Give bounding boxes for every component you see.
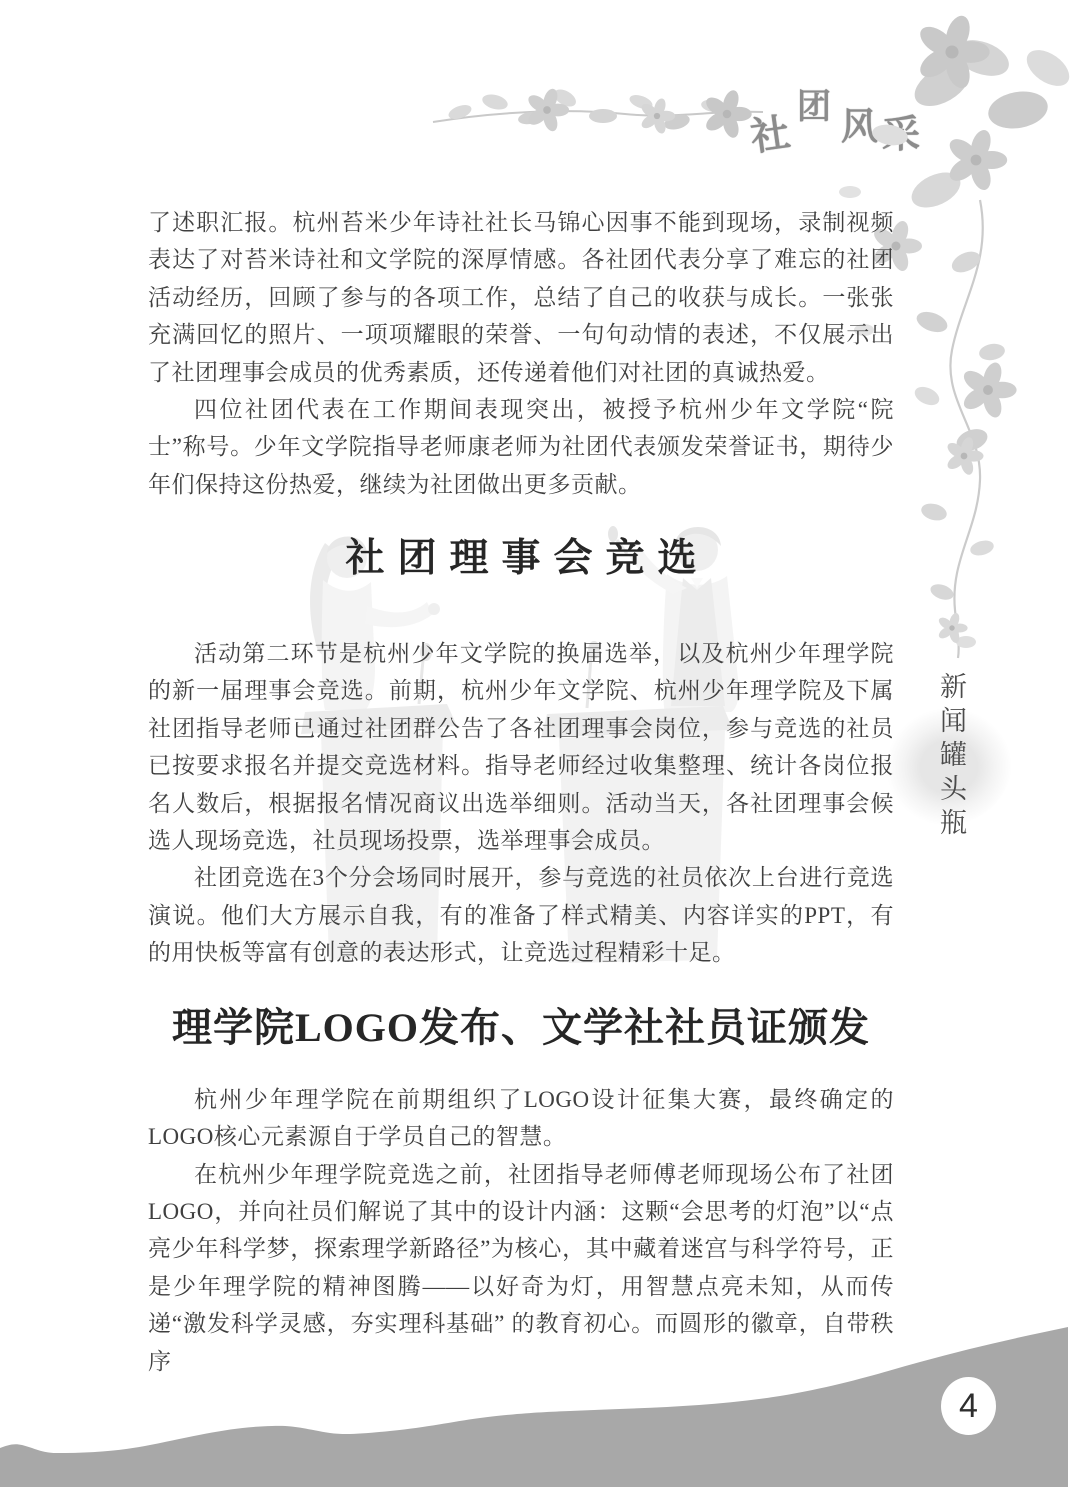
sidebar-vertical-title: 新闻罐头瓶 bbox=[930, 672, 970, 902]
section-heading: 理学院LOGO发布、文学社社员证颁发 bbox=[148, 1003, 894, 1053]
body-paragraph: 了述职汇报。杭州苔米少年诗社社长马锦心因事不能到现场，录制视频表达了对苔米诗社和… bbox=[148, 204, 894, 391]
section-title-char: 风 bbox=[841, 108, 878, 145]
page-number-badge: 4 bbox=[941, 1377, 996, 1435]
section-heading: 社团理事会竞选 bbox=[148, 536, 894, 583]
body-paragraph: 在杭州少年理学院竞选之前，社团指导老师傅老师现场公布了社团LOGO，并向社员们解… bbox=[148, 1156, 894, 1380]
section-title-char: 社 bbox=[748, 113, 792, 157]
page-number: 4 bbox=[959, 1387, 978, 1426]
newsletter-page: 社 团 风 采 bbox=[0, 0, 1080, 1495]
section-title-char: 团 bbox=[797, 90, 831, 124]
article-body: 了述职汇报。杭州苔米少年诗社社长马锦心因事不能到现场，录制视频表达了对苔米诗社和… bbox=[148, 204, 894, 1380]
body-paragraph: 四位社团代表在工作期间表现突出，被授予杭州少年文学院“院士”称号。少年文学院指导… bbox=[148, 391, 894, 503]
body-paragraph: 杭州少年理学院在前期组织了LOGO设计征集大赛，最终确定的LOGO核心元素源自于… bbox=[148, 1081, 894, 1156]
section-title-char: 采 bbox=[882, 116, 920, 154]
body-paragraph: 活动第二环节是杭州少年文学院的换届选举，以及杭州少年理学院的新一届理事会竞选。前… bbox=[148, 635, 894, 859]
flower-garland-decoration bbox=[425, 50, 770, 175]
body-paragraph: 社团竞选在3个分会场同时展开，参与竞选的社员依次上台进行竞选演说。他们大方展示自… bbox=[148, 859, 894, 971]
